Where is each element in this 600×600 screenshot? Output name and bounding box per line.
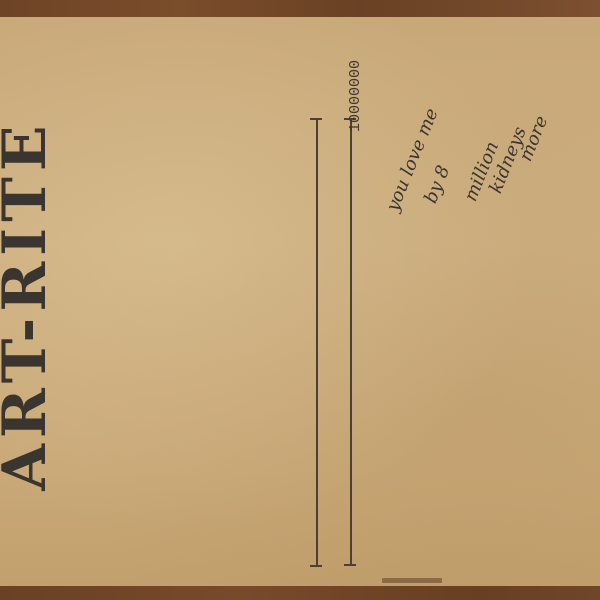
rule-right bbox=[350, 118, 352, 564]
paper-sheet bbox=[0, 17, 600, 586]
wood-surface-top bbox=[0, 0, 600, 17]
number-label: 10000000 bbox=[347, 42, 365, 132]
wood-surface-bottom bbox=[0, 586, 600, 600]
rule-right-bottom-cap bbox=[344, 564, 356, 566]
paper-scrap bbox=[382, 578, 442, 583]
masthead-title: ART-RITE bbox=[0, 75, 55, 535]
rule-left bbox=[316, 118, 318, 565]
rule-left-bottom-cap bbox=[310, 565, 322, 567]
